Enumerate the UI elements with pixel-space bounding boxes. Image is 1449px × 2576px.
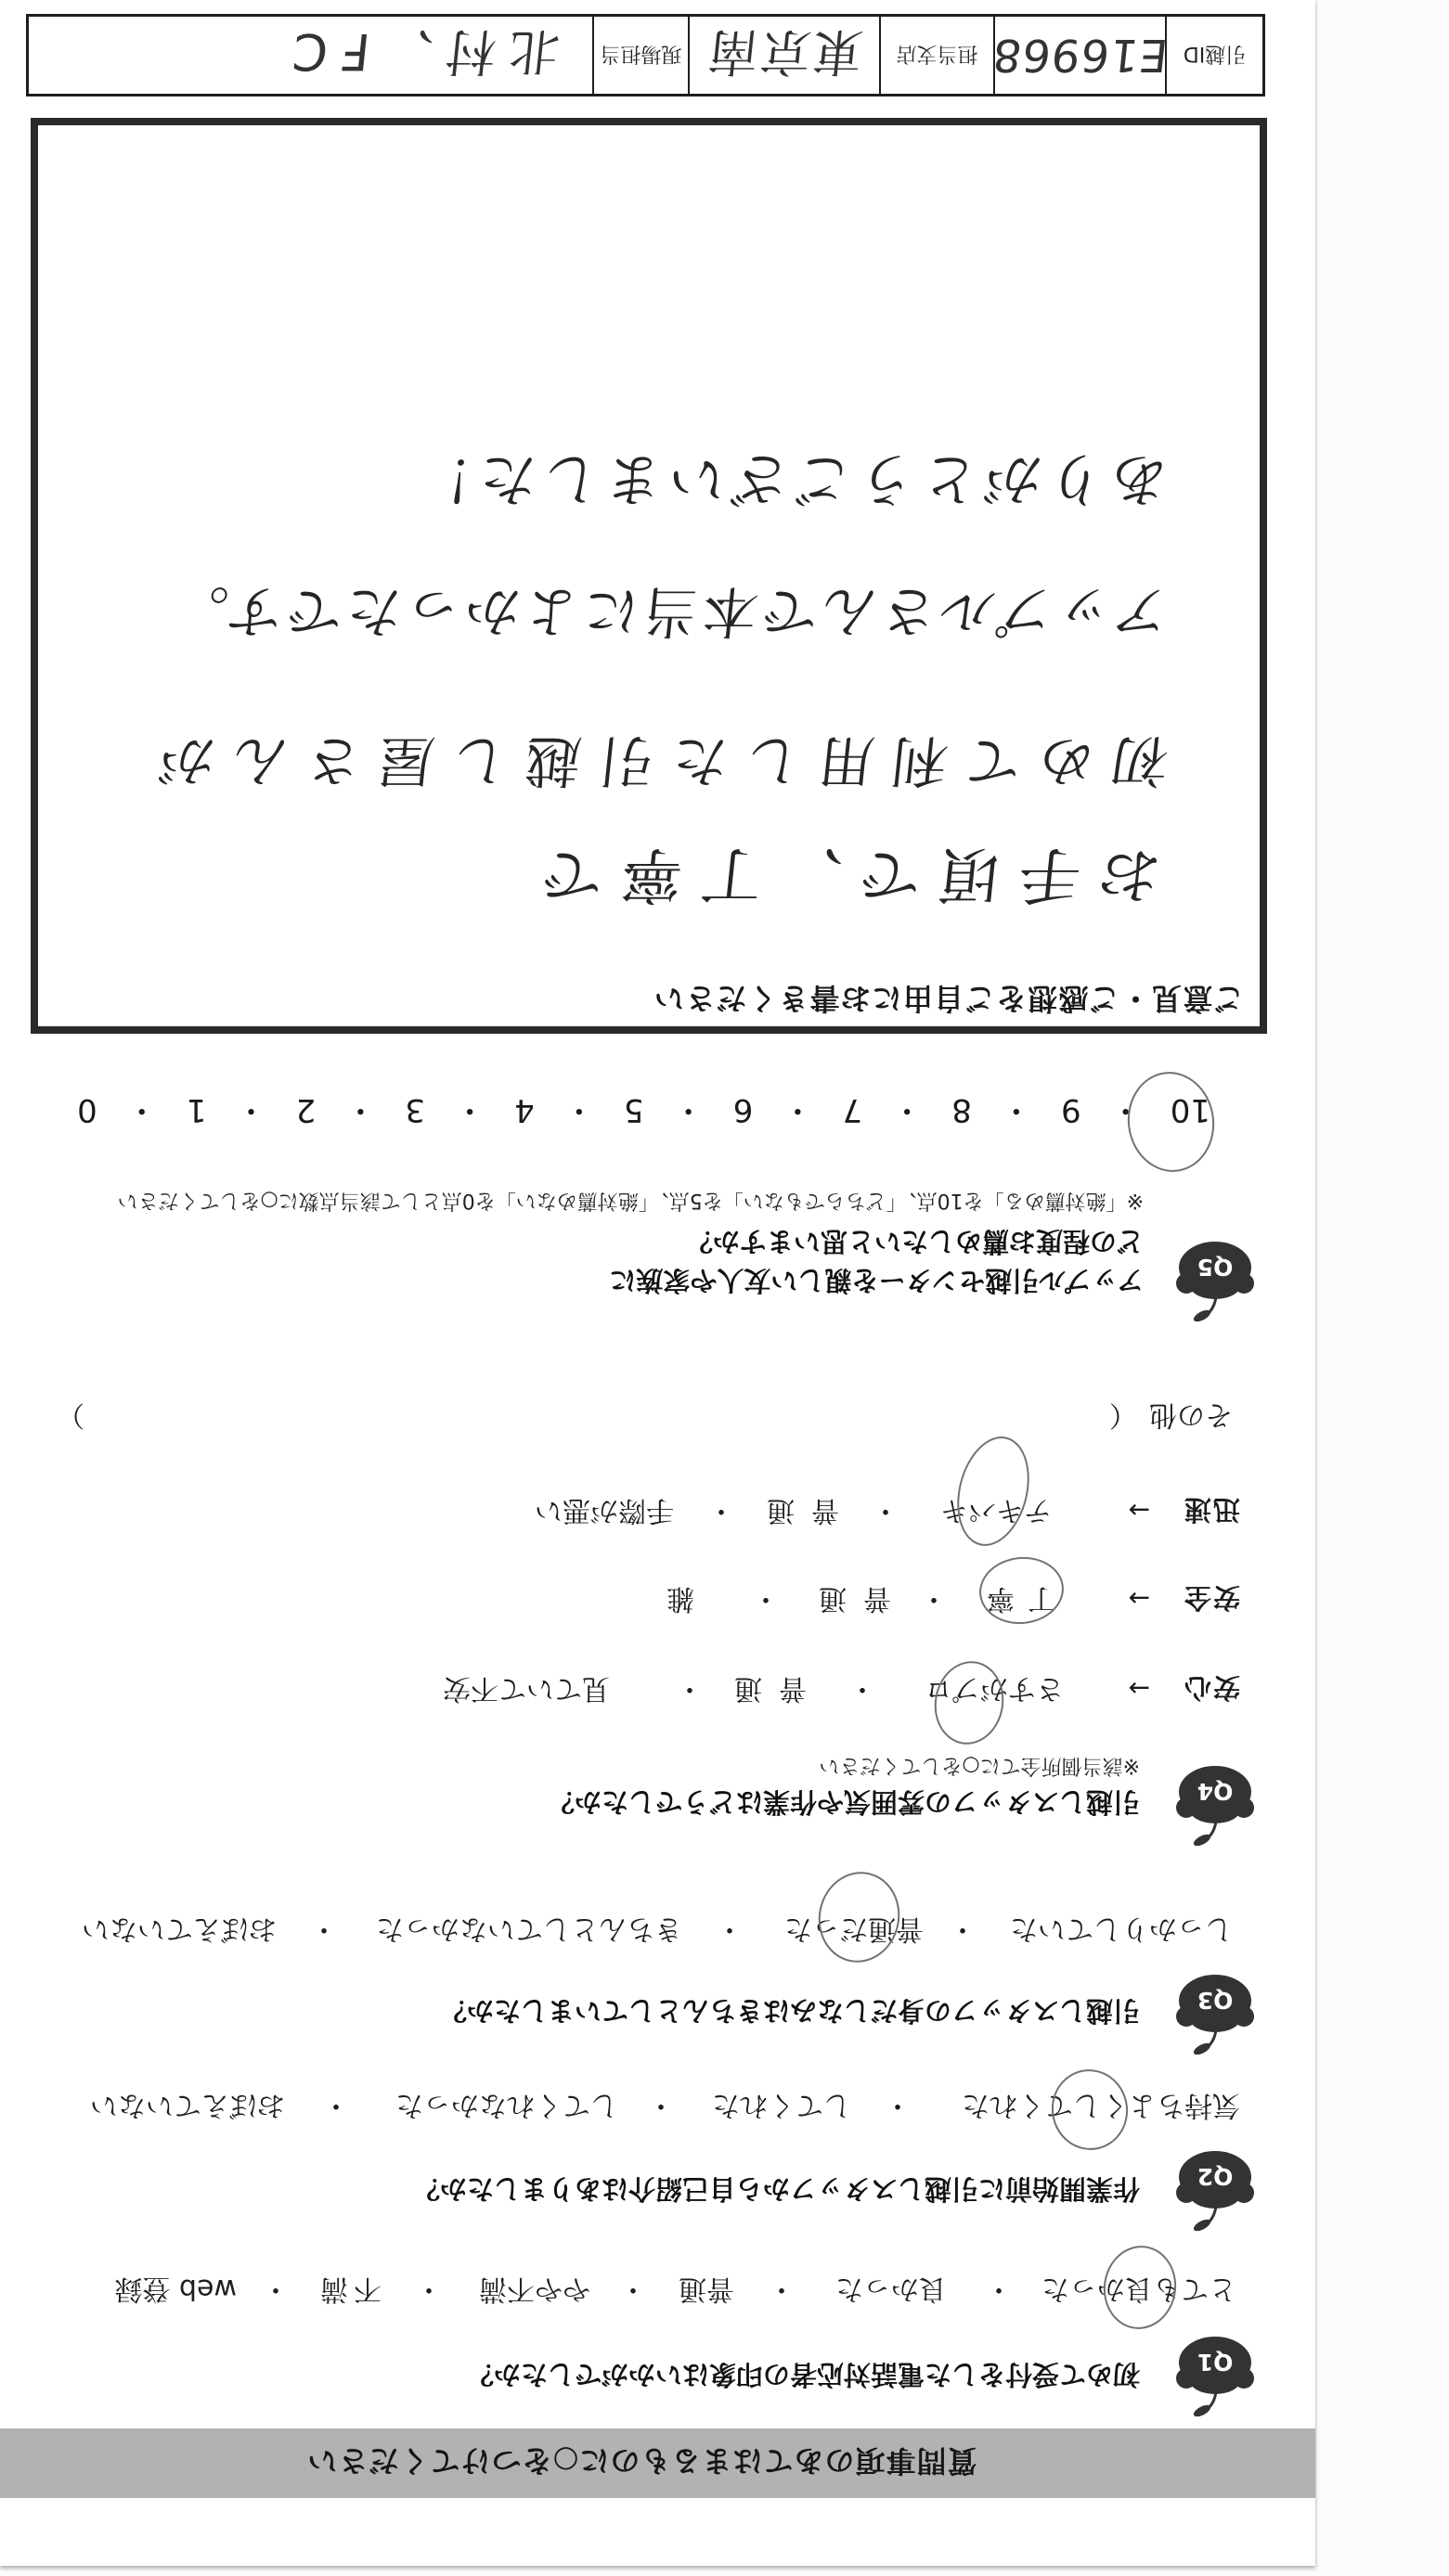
q1-option: web 登録 [114,2272,237,2305]
badge-label: Q1 [1197,2349,1234,2376]
move-id-value-cell: E16968 [995,17,1167,94]
q4-option: 見ていて不安 [443,1671,610,1705]
separator: ・ [454,1091,485,1128]
separator: ・ [324,2088,350,2121]
scanned-survey-form: 質問事項のあてはまるものに○をつけてください Q1 初めて受付をした電話対応者の… [0,0,1449,2576]
separator: ・ [344,1091,376,1128]
q1-option: 不満 [315,2272,382,2305]
q3-option: しっかりしていた [1010,1912,1233,1945]
score-2: 2 [296,1091,317,1128]
separator: ・ [649,2088,675,2121]
q4-row-label-anzen: 安全 [1183,1581,1240,1615]
q4-other-label: その他 [1149,1397,1233,1431]
q4-option: 雑 [666,1581,694,1615]
staff-label: 現場担当 [601,41,682,70]
branch-label-cell: 担当支店 [881,17,995,94]
apple-badge-icon: Q1 [1172,2333,1258,2422]
badge-label: Q5 [1197,1254,1234,1281]
instructions-text: 質問事項のあてはまるものに○をつけてください [307,2442,977,2485]
branch-label: 担当支店 [897,41,978,70]
q4-row-label-jinsoku: 迅速 [1183,1493,1240,1526]
q4-note: ※該当個所全てに○をしてください [819,1753,1140,1777]
score-4: 4 [514,1091,535,1128]
separator: ・ [563,1091,595,1128]
score-7: 7 [842,1091,862,1128]
separator: ・ [951,1912,977,1945]
q2-option: してくれた [712,2088,851,2121]
q5-badge: Q5 [1172,1238,1258,1327]
apple-badge-icon: Q2 [1172,2147,1258,2236]
q4-other-open-paren: （ [1109,1397,1137,1431]
move-id-label-cell: 引越ID [1167,17,1262,94]
q5-score-scale: 10 ・ 9 ・ 8 ・ 7 ・ 6 ・ 5 ・ 4 ・ 3 ・ 2 ・ 1 ・… [77,1091,1210,1128]
separator: ・ [236,1091,267,1128]
branch-value-cell: 東京南 [690,17,881,94]
q5-question-line1: アップル引越センターを親しい友人や家族に [609,1265,1144,1296]
q2-badge: Q2 [1172,2147,1258,2236]
separator: ・ [850,1671,876,1705]
score-6: 6 [733,1091,754,1128]
instructions-bar: 質問事項のあてはまるものに○をつけてください [0,2428,1315,2498]
separator: ・ [922,1581,948,1615]
move-id-value: E16968 [990,30,1171,82]
header-table: 引越ID E16968 担当支店 東京南 現場担当 北村、FC [26,14,1265,97]
score-5: 5 [624,1091,644,1128]
separator: ・ [312,1912,338,1945]
q5-question-line2: どの程度お薦めしたいと思いますか？ [686,1226,1144,1257]
separator: ・ [673,1091,705,1128]
staff-value-cell: 北村、FC [29,17,594,94]
separator: ・ [873,1493,899,1526]
q4-option: 普通 [718,1671,807,1705]
separator: ・ [126,1091,158,1128]
q3-option: おぼえていない [82,1912,277,1945]
handwritten-comment-line: お手頃で、丁寧で [520,844,1164,905]
q3-question: 引越しスタッフの身だしなみはきちんとしていましたか？ [440,1995,1140,2027]
separator: ・ [678,1671,704,1705]
separator: ・ [891,1091,923,1128]
q4-option: 普通 [750,1493,839,1526]
score-9: 9 [1061,1091,1081,1128]
separator: ・ [1001,1091,1032,1128]
apple-badge-icon: Q4 [1172,1762,1258,1851]
q4-badge: Q4 [1172,1762,1258,1851]
q1-question: 初めて受付をした電話対応者の印象はいかがでしたか？ [467,2359,1140,2390]
handwritten-comment-line: アップルさんで本当によかったです。 [165,583,1171,638]
q1-option: 良かった [835,2272,947,2305]
q2-option: してくれなかった [395,2088,618,2121]
separator: ・ [718,1912,744,1945]
arrow-right-icon: → [1129,1493,1150,1526]
q4-other-close-paren: ） [57,1397,84,1431]
q2-question: 作業開始前に引越しスタッフから自己紹介はありましたか？ [413,2173,1140,2205]
apple-badge-icon: Q3 [1172,1971,1258,2060]
score-1: 1 [187,1091,207,1128]
q4-question: 引越しスタッフの雰囲気や作業はどうでしたか？ [548,1786,1140,1818]
badge-label: Q4 [1197,1778,1234,1805]
staff-label-cell: 現場担当 [594,17,690,94]
q4-row-label-anshin: 安心 [1183,1671,1240,1705]
score-0: 0 [77,1091,97,1128]
separator: ・ [770,2272,796,2305]
q1-badge: Q1 [1172,2333,1258,2422]
q4-option: 手際が悪い [535,1493,674,1526]
apple-badge-icon: Q5 [1172,1238,1258,1327]
q3-badge: Q3 [1172,1971,1258,2060]
separator: ・ [709,1493,735,1526]
handwritten-comment-line: ありがとうございました！ [408,450,1171,508]
comment-heading: ご意見・ご感想をご自由にお書きください [653,983,1244,1014]
q5-note: ※「絶対薦める」を10点、「どちらでもない」を5点、「絶対薦めない」を0点として… [118,1188,1144,1212]
move-id-label: 引越ID [1184,41,1246,70]
arrow-right-icon: → [1129,1581,1150,1615]
score-3: 3 [405,1091,425,1128]
separator: ・ [754,1581,780,1615]
separator: ・ [987,2272,1013,2305]
staff-value: 北村、FC [276,19,563,91]
q1-option: やや不満 [479,2272,590,2305]
separator: ・ [886,2088,912,2121]
separator: ・ [264,2272,290,2305]
separator: ・ [782,1091,813,1128]
badge-label: Q3 [1197,1987,1234,2014]
q4-option: 普通 [802,1581,891,1615]
score-8: 8 [951,1091,972,1128]
badge-label: Q2 [1197,2163,1234,2190]
arrow-right-icon: → [1129,1671,1150,1705]
separator: ・ [417,2272,443,2305]
q1-option: 普通 [679,2272,734,2305]
separator: ・ [621,2272,647,2305]
q2-option: おぼえていない [90,2088,285,2121]
q3-option: きちんとしていなかった [376,1912,682,1945]
branch-value: 東京南 [703,19,866,91]
handwritten-comment-line: 初めて利用した引越し屋さんが [138,732,1171,788]
